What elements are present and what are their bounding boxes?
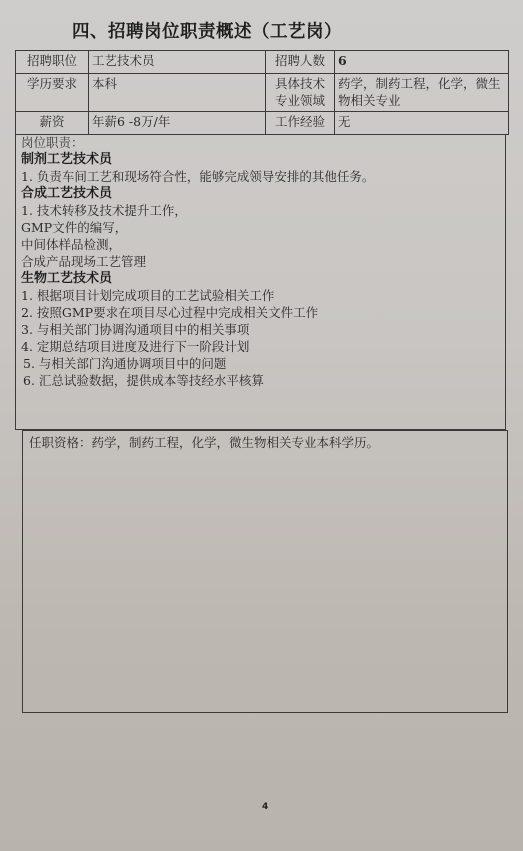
position-value: 工艺技术员	[89, 51, 266, 74]
list-item: GMP文件的编写，	[21, 219, 505, 236]
list-item: 合成产品现场工艺管理	[21, 253, 505, 270]
table-row: 招聘职位 工艺技术员 招聘人数 6	[16, 51, 509, 74]
section-title-formulation: 制剂工艺技术员	[21, 151, 505, 168]
list-item: 5. 与相关部门沟通协调项目中的问题	[21, 355, 505, 372]
list-item: 2. 按照GMP要求在项目尽心过程中完成相关文件工作	[21, 304, 505, 321]
table-row: 薪资 年薪6 -8万/年 工作经验 无	[16, 112, 509, 135]
experience-value: 无	[335, 112, 509, 135]
section-title-synthesis: 合成工艺技术员	[21, 185, 505, 202]
experience-label: 工作经验	[266, 112, 335, 135]
list-item: 3. 与相关部门协调沟通项目中的相关事项	[21, 321, 505, 338]
headcount-label: 招聘人数	[266, 51, 335, 74]
salary-label: 薪资	[16, 112, 89, 135]
section-title-biological: 生物工艺技术员	[21, 270, 505, 287]
duties-heading: 岗位职责：	[21, 134, 505, 151]
page-number: 4	[262, 802, 268, 812]
duties-section: 岗位职责： 制剂工艺技术员 1. 负责车间工艺和现场符合性，能够完成领导安排的其…	[15, 134, 506, 430]
major-field-value: 药学，制药工程，化学，微生物相关专业	[335, 74, 509, 112]
headcount-value: 6	[335, 51, 509, 74]
list-item: 1. 负责车间工艺和现场符合性，能够完成领导安排的其他任务。	[21, 168, 505, 185]
list-item: 中间体样品检测，	[21, 236, 505, 253]
page-title: 四、招聘岗位职责概述（工艺岗）	[72, 18, 342, 43]
list-item: 4. 定期总结项目进度及进行下一阶段计划	[21, 338, 505, 355]
education-label: 学历要求	[16, 74, 89, 112]
qualification-section: 任职资格：药学，制药工程，化学，微生物相关专业本科学历。	[22, 430, 508, 713]
table-row: 学历要求 本科 具体技术专业领域 药学，制药工程，化学，微生物相关专业	[16, 74, 509, 112]
qualification-text: 任职资格：药学，制药工程，化学，微生物相关专业本科学历。	[29, 434, 501, 451]
position-label: 招聘职位	[16, 51, 89, 74]
salary-value: 年薪6 -8万/年	[89, 112, 266, 135]
list-item: 1. 根据项目计划完成项目的工艺试验相关工作	[21, 287, 505, 304]
major-field-label: 具体技术专业领域	[266, 74, 335, 112]
list-item: 6. 汇总试验数据，提供成本等技经水平核算	[21, 372, 505, 389]
list-item: 1. 技术转移及技术提升工作，	[21, 202, 505, 219]
education-value: 本科	[89, 74, 266, 112]
job-info-table: 招聘职位 工艺技术员 招聘人数 6 学历要求 本科 具体技术专业领域 药学，制药…	[15, 50, 508, 135]
